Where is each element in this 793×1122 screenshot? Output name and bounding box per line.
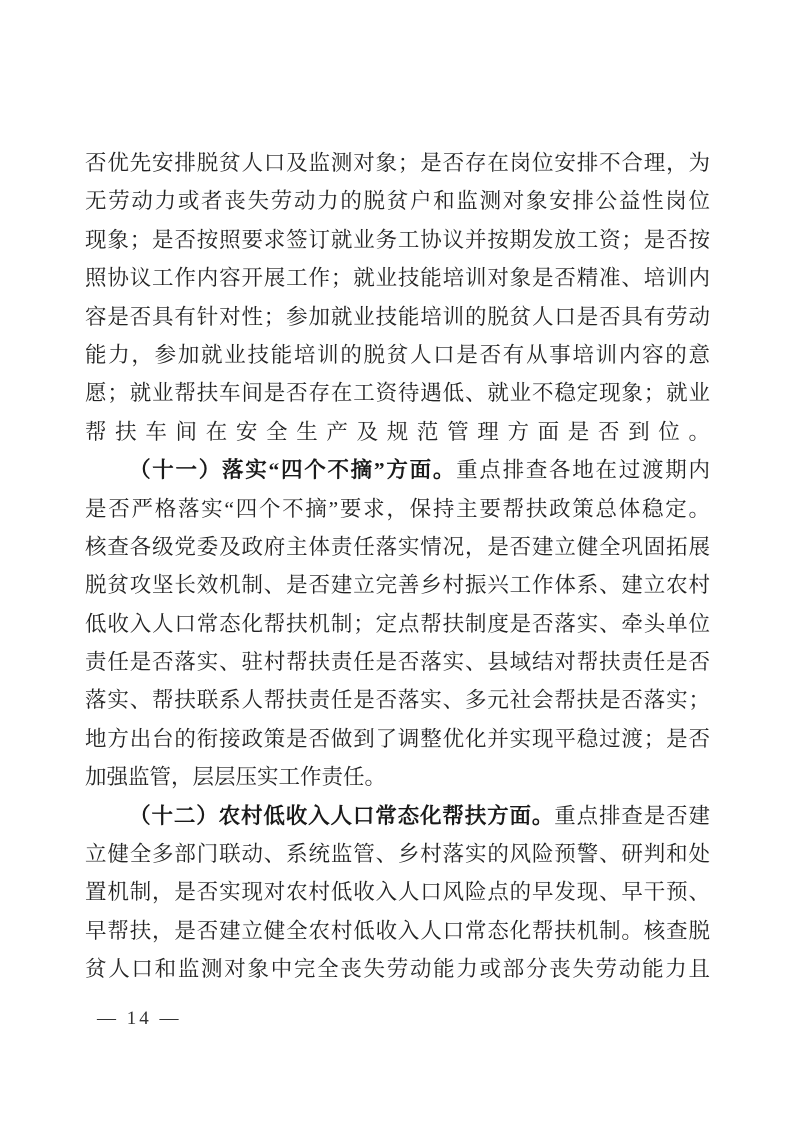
- text-line: 照协议工作内容开展工作；就业技能培训对象是否精准、培训内: [85, 259, 710, 297]
- text-line: （十一）落实“四个不摘”方面。重点排查各地在过渡期内: [85, 451, 710, 489]
- text-line: 地方出台的衔接政策是否做到了调整优化并实现平稳过渡；是否: [85, 720, 710, 758]
- text-line: 无劳动力或者丧失劳动力的脱贫户和监测对象安排公益性岗位: [85, 182, 710, 220]
- document-page: 否优先安排脱贫人口及监测对象；是否存在岗位安排不合理，为无劳动力或者丧失劳动力的…: [0, 0, 793, 1122]
- text-line: 现象；是否按照要求签订就业务工协议并按期发放工资；是否按: [85, 221, 710, 259]
- text-line: 立健全多部门联动、系统监管、乡村落实的风险预警、研判和处: [85, 835, 710, 873]
- text-line: 置机制，是否实现对农村低收入人口风险点的早发现、早干预、: [85, 873, 710, 911]
- text-line: 早帮扶，是否建立健全农村低收入人口常态化帮扶机制。核查脱: [85, 912, 710, 950]
- text-line: （十二）农村低收入人口常态化帮扶方面。重点排查是否建: [85, 797, 710, 835]
- page-number: — 14 —: [97, 1008, 182, 1030]
- text-block: 否优先安排脱贫人口及监测对象；是否存在岗位安排不合理，为无劳动力或者丧失劳动力的…: [85, 144, 710, 989]
- text-line: 低收入人口常态化帮扶机制；定点帮扶制度是否落实、牵头单位: [85, 605, 710, 643]
- section-heading: （十二）农村低收入人口常态化帮扶方面。: [129, 804, 554, 828]
- text-line: 核查各级党委及政府主体责任落实情况，是否建立健全巩固拓展: [85, 528, 710, 566]
- text-line: 是否严格落实“四个不摘”要求，保持主要帮扶政策总体稳定。: [85, 490, 710, 528]
- text-line: 责任是否落实、驻村帮扶责任是否落实、县域结对帮扶责任是否: [85, 643, 710, 681]
- text-line: 加强监管，层层压实工作责任。: [85, 758, 710, 796]
- text-line: 落实、帮扶联系人帮扶责任是否落实、多元社会帮扶是否落实；: [85, 681, 710, 719]
- section-heading: （十一）落实“四个不摘”方面。: [129, 458, 456, 482]
- text-line: 容是否具有针对性；参加就业技能培训的脱贫人口是否具有劳动: [85, 298, 710, 336]
- text-line: 帮扶车间在安全生产及规范管理方面是否到位。: [85, 413, 710, 451]
- text-line: 能力，参加就业技能培训的脱贫人口是否有从事培训内容的意: [85, 336, 710, 374]
- text-line: 否优先安排脱贫人口及监测对象；是否存在岗位安排不合理，为: [85, 144, 710, 182]
- text-line: 脱贫攻坚长效机制、是否建立完善乡村振兴工作体系、建立农村: [85, 566, 710, 604]
- text-line: 愿；就业帮扶车间是否存在工资待遇低、就业不稳定现象；就业: [85, 374, 710, 412]
- text-line: 贫人口和监测对象中完全丧失劳动能力或部分丧失劳动能力且: [85, 950, 710, 988]
